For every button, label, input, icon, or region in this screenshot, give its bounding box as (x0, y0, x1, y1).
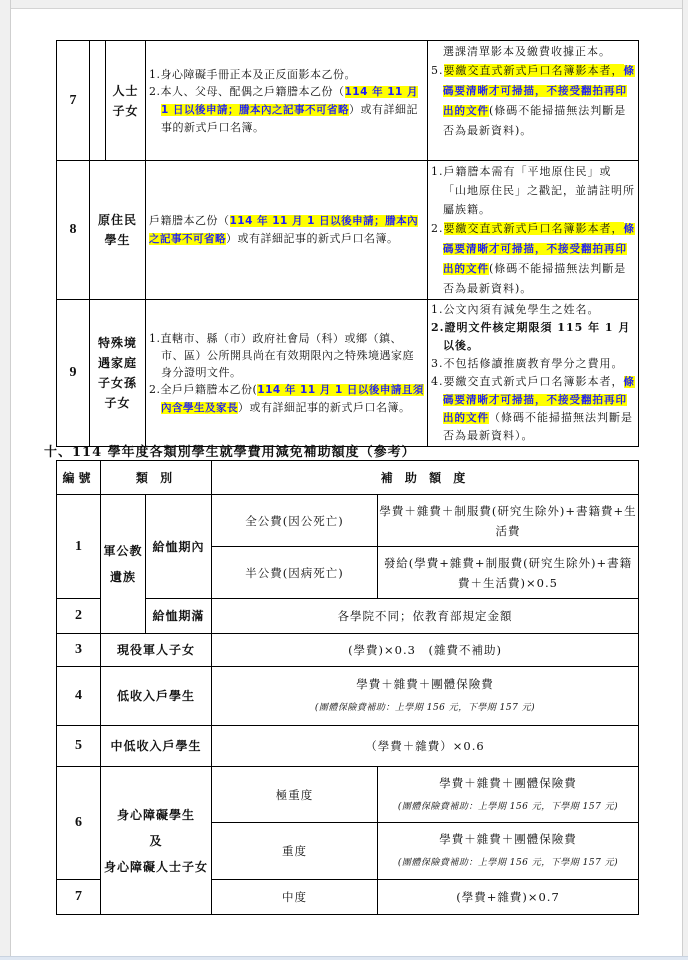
table-row: 9 特殊境 遇家庭 子女孫 子女 1.直轄市、縣（市）政府社會局（科）或鄉（鎮、… (57, 300, 639, 447)
documents-cell: 戶籍謄本乙份（114 年 11 月 1 日以後申請；謄本內之記事不可省略）或有詳… (146, 161, 428, 300)
doc-item: 2.全戶戶籍謄本乙份(114 年 11 月 1 日以後申請且須內含學生及家長）或… (149, 381, 424, 417)
note-text: 4.要繳交直式新式戶口名簿影本者， (431, 375, 624, 388)
row-number: 3 (57, 634, 101, 667)
notes-cell: 1.公文內須有減免學生之姓名。 2.證明文件核定期限須 115 年 1 月以後。… (428, 300, 639, 447)
subsidy-value: （學費＋雜費）×0.6 (212, 726, 639, 767)
notes-cell: 1.戶籍謄本需有「平地原住民」或「山地原住民」之戳記，並請註明所屬族籍。 2.要… (428, 161, 639, 300)
subsidy-label: 半公費(因病死亡) (212, 547, 378, 599)
row-number: 9 (57, 300, 90, 447)
note-item: 1.公文內須有減免學生之姓名。 (431, 301, 635, 319)
category-line: 軍公教 (103, 544, 142, 558)
blank-cell (90, 41, 106, 161)
category-line: 遺族 (110, 570, 136, 584)
category-cell: 特殊境 遇家庭 子女孫 子女 (90, 300, 146, 447)
sub-category: 給恤期滿 (146, 599, 212, 634)
viewer-left-margin (0, 0, 11, 956)
category: 現役軍人子女 (101, 634, 212, 667)
category-line: 及 (149, 834, 162, 848)
doc-item: 2.本人、父母、配偶之戶籍謄本乙份（114 年 11 月 1 日以後申請；謄本內… (149, 83, 424, 136)
viewer-status-bar (0, 956, 688, 960)
subsidy-value: 各學院不同；依教育部規定金額 (212, 599, 639, 634)
row-number: 4 (57, 667, 101, 726)
row-number: 7 (57, 880, 101, 915)
category: 低收入戶學生 (101, 667, 212, 726)
header-number: 編號 (57, 461, 101, 495)
category-line: 子女 (104, 396, 130, 410)
category-group: 軍公教 遺族 (101, 495, 146, 634)
doc-text: 2.本人、父母、配偶之戶籍謄本乙份（ (149, 85, 345, 98)
subsidy-value: 學費＋雜費＋團體保險費 (團體保險費補助：上學期 156 元，下學期 157 元… (378, 823, 639, 880)
note-item: 4.要繳交直式新式戶口名簿影本者，條碼要清晰才可掃描，不接受翻拍再印出的文件（條… (431, 373, 635, 445)
row-number: 7 (57, 41, 90, 161)
row-number: 5 (57, 726, 101, 767)
row-number: 2 (57, 599, 101, 634)
category: 中低收入戶學生 (101, 726, 212, 767)
header-category: 類 別 (101, 461, 212, 495)
required-documents-table: 7 人士 子女 1.身心障礙手冊正本及正反面影本乙份。 2.本人、父母、配偶之戶… (56, 40, 639, 447)
table-row: 3 現役軍人子女 (學費)×0.3 (雜費不補助) (57, 634, 639, 667)
category-line: 身心障礙學生 (117, 808, 195, 822)
doc-text: ）或有詳細記事的新式戶口名簿。 (238, 401, 411, 414)
table-row: 7 人士 子女 1.身心障礙手冊正本及正反面影本乙份。 2.本人、父母、配偶之戶… (57, 41, 639, 161)
subsidy-note: (團體保險費補助：上學期 156 元，下學期 157 元) (378, 797, 638, 817)
table-row: 5 中低收入戶學生 （學費＋雜費）×0.6 (57, 726, 639, 767)
doc-text: 2.全戶戶籍謄本乙份( (149, 383, 257, 396)
table-row: 8 原住民 學生 戶籍謄本乙份（114 年 11 月 1 日以後申請；謄本內之記… (57, 161, 639, 300)
doc-text: ）或有詳細記事的新式戶口名簿。 (226, 232, 399, 245)
header-amount: 補 助 額 度 (212, 461, 639, 495)
subsidy-formula: 學費＋雜費＋團體保險費 (356, 677, 494, 691)
note-number: 2. (431, 222, 444, 235)
category-line: 學生 (104, 233, 130, 247)
category-line: 子女 (112, 104, 138, 118)
category-cell: 人士 子女 (106, 41, 146, 161)
subsidy-amount-table: 編號 類 別 補 助 額 度 1 軍公教 遺族 給恤期內 全公費(因公死亡) 學… (56, 460, 639, 915)
documents-cell: 1.身心障礙手冊正本及正反面影本乙份。 2.本人、父母、配偶之戶籍謄本乙份（11… (146, 41, 428, 161)
row-number: 1 (57, 495, 101, 599)
subsidy-value: 發給(學費+雜費+制服費(研究生除外)+書籍費＋生活費)×0.5 (378, 547, 639, 599)
category-line: 遇家庭 (98, 356, 137, 370)
highlighted-text: 要繳交直式新式戶口名簿影本者， (444, 64, 624, 77)
viewer-top-margin (0, 0, 688, 9)
table-row: 6 身心障礙學生 及 身心障礙人士子女 極重度 學費＋雜費＋團體保險費 (團體保… (57, 767, 639, 823)
doc-item: 1.直轄市、縣（市）政府社會局（科）或鄉（鎮、市、區）公所開具尚在有效期限內之特… (149, 330, 424, 381)
subsidy-formula: 學費＋雜費＋團體保險費 (439, 776, 577, 790)
note-item: 2.要繳交直式新式戶口名簿影本者，條碼要清晰才可掃描，不接受翻拍再印出的文件(條… (431, 219, 635, 298)
subsidy-note: (團體保險費補助：上學期 156 元，下學期 157 元) (378, 853, 638, 873)
subsidy-value: 學費＋雜費＋團體保險費 (團體保險費補助：上學期 156 元，下學期 157 元… (378, 767, 639, 823)
table-row: 1 軍公教 遺族 給恤期內 全公費(因公死亡) 學費＋雜費＋制服費(研究生除外)… (57, 495, 639, 547)
notes-cell: 選課清單影本及繳費收據正本。 5.要繳交直式新式戶口名簿影本者，條碼要清晰才可掃… (428, 41, 639, 161)
category-line: 人士 (112, 84, 138, 98)
highlighted-text: 要繳交直式新式戶口名簿影本者， (444, 222, 624, 235)
category-group: 身心障礙學生 及 身心障礙人士子女 (101, 767, 212, 915)
section-title: 十、114 學年度各類別學生就學費用減免補助額度（參考） (44, 441, 416, 460)
note-item: 選課清單影本及繳費收據正本。 (431, 42, 635, 61)
subsidy-formula: 學費＋雜費＋團體保險費 (439, 832, 577, 846)
row-number: 6 (57, 767, 101, 880)
note-number: 5. (431, 64, 444, 77)
table-header-row: 編號 類 別 補 助 額 度 (57, 461, 639, 495)
sub-category: 給恤期內 (146, 495, 212, 599)
category-line: 原住民 (98, 213, 137, 227)
subsidy-label: 全公費(因公死亡) (212, 495, 378, 547)
category-cell: 原住民 學生 (90, 161, 146, 300)
documents-cell: 1.直轄市、縣（市）政府社會局（科）或鄉（鎮、市、區）公所開具尚在有效期限內之特… (146, 300, 428, 447)
category-line: 身心障礙人士子女 (104, 860, 208, 874)
severity-label: 重度 (212, 823, 378, 880)
subsidy-value: 學費＋雜費＋團體保險費 (團體保險費補助：上學期 156 元，下學期 157 元… (212, 667, 639, 726)
subsidy-value: 學費＋雜費＋制服費(研究生除外)+書籍費+生活費 (378, 495, 639, 547)
doc-item: 1.身心障礙手冊正本及正反面影本乙份。 (149, 66, 424, 83)
doc-text: 戶籍謄本乙份（ (149, 214, 230, 227)
subsidy-value: (學費+雜費)×0.7 (378, 880, 639, 915)
note-item: 3.不包括修讀推廣教育學分之費用。 (431, 355, 635, 373)
document-page: 7 人士 子女 1.身心障礙手冊正本及正反面影本乙份。 2.本人、父母、配偶之戶… (11, 9, 682, 956)
subsidy-note: (團體保險費補助：上學期 156 元，下學期 157 元) (212, 698, 638, 718)
table-row: 4 低收入戶學生 學費＋雜費＋團體保險費 (團體保險費補助：上學期 156 元，… (57, 667, 639, 726)
subsidy-value: (學費)×0.3 (雜費不補助) (212, 634, 639, 667)
note-item: 1.戶籍謄本需有「平地原住民」或「山地原住民」之戳記，並請註明所屬族籍。 (431, 162, 635, 219)
category-line: 子女孫 (98, 376, 137, 390)
viewer-scrollbar-track[interactable] (682, 0, 688, 956)
row-number: 8 (57, 161, 90, 300)
severity-label: 極重度 (212, 767, 378, 823)
severity-label: 中度 (212, 880, 378, 915)
category-line: 特殊境 (98, 336, 137, 350)
note-item: 5.要繳交直式新式戶口名簿影本者，條碼要清晰才可掃描，不接受翻拍再印出的文件(條… (431, 61, 635, 140)
note-item: 2.證明文件核定期限須 115 年 1 月以後。 (431, 319, 635, 355)
